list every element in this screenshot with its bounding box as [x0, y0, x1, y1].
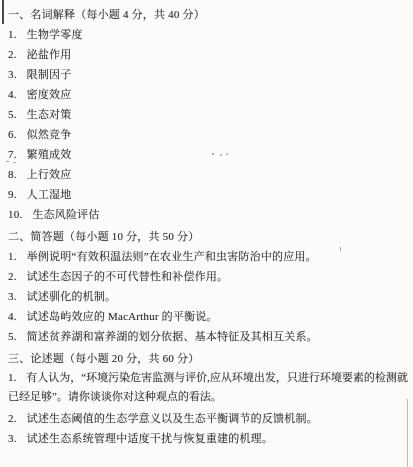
- question-item: 1.生物学零度: [8, 25, 409, 45]
- section-heading: 二、简答题（每小题 10 分，共 50 分）: [8, 227, 409, 247]
- question-text: 试述岛屿效应的 MacArthur 的平衡说。: [27, 311, 218, 323]
- question-text: 试述生态阈值的生态学意义以及生态平衡调节的反馈机制。: [27, 413, 318, 425]
- question-number: 1.: [8, 29, 17, 41]
- scan-speck: [340, 247, 341, 251]
- question-number: 8.: [8, 169, 17, 181]
- question-item: 10.生态风险评估: [8, 205, 409, 225]
- question-number: 2.: [8, 271, 17, 283]
- question-text: 生态风险评估: [32, 209, 99, 221]
- question-number: 3.: [8, 291, 17, 303]
- scan-speck: [212, 153, 214, 155]
- scan-edge-artifact-left: [2, 0, 4, 24]
- question-item: 2.试述生态因子的不可代替性和补偿作用。: [8, 267, 409, 287]
- question-number: 1.: [8, 372, 16, 384]
- question-number: 9.: [8, 189, 17, 201]
- question-item: 5.简述贫养湖和富养湖的划分依据、基本特征及其相互关系。: [8, 327, 409, 347]
- question-item: 6.似然竞争: [8, 125, 409, 145]
- question-item: 9.人工湿地: [8, 185, 409, 205]
- question-text: 生物学零度: [27, 29, 83, 41]
- question-item: 7.繁殖成效: [8, 145, 409, 165]
- question-text: 限制因子: [27, 69, 72, 81]
- section-definitions: 一、名词解释（每小题 4 分，共 40 分） 1.生物学零度 2.泌盐作用 3.…: [8, 5, 409, 225]
- question-number: 1.: [8, 251, 17, 263]
- question-text: 有人认为，“环境污染危害监测与评价,应从环境出发，只进行环境要素的检测就已经足够…: [8, 372, 408, 403]
- scan-edge-artifact-right: [407, 399, 408, 467]
- question-text: 似然竞争: [27, 129, 72, 141]
- question-item: 4.试述岛屿效应的 MacArthur 的平衡说。: [8, 307, 409, 327]
- question-number: 4.: [8, 311, 17, 323]
- question-text: 试述生态系统管理中适度干扰与恢复重建的机理。: [27, 433, 273, 445]
- question-item: 1.有人认为，“环境污染危害监测与评价,应从环境出发，只进行环境要素的检测就已经…: [8, 369, 409, 407]
- question-number: 10.: [8, 209, 22, 221]
- question-number: 7.: [8, 149, 17, 161]
- question-item: 2.试述生态阈值的生态学意义以及生态平衡调节的反馈机制。: [8, 409, 409, 429]
- question-text: 繁殖成效: [27, 149, 72, 161]
- question-text: 生态对策: [27, 109, 72, 121]
- question-item: 8.上行效应: [8, 165, 409, 185]
- question-text: 泌盐作用: [27, 49, 72, 61]
- question-text: 简述贫养湖和富养湖的划分依据、基本特征及其相互关系。: [27, 331, 318, 343]
- question-number: 3.: [8, 433, 17, 445]
- section-essay: 三、论述题（每小题 20 分，共 60 分） 1.有人认为，“环境污染危害监测与…: [8, 349, 409, 449]
- question-item: 3.试述驯化的机制。: [8, 287, 409, 307]
- question-text: 试述驯化的机制。: [27, 291, 117, 303]
- section-heading: 一、名词解释（每小题 4 分，共 40 分）: [8, 5, 409, 25]
- question-text: 密度效应: [27, 89, 72, 101]
- question-item: 3.限制因子: [8, 65, 409, 85]
- question-text: 上行效应: [27, 169, 72, 181]
- question-item: 3.试述生态系统管理中适度干扰与恢复重建的机理。: [8, 429, 409, 449]
- question-item: 5.生态对策: [8, 105, 409, 125]
- question-number: 5.: [8, 109, 17, 121]
- question-number: 3.: [8, 69, 17, 81]
- section-short-answer: 二、简答题（每小题 10 分，共 50 分） 1.举例说明“有效积温法则”在农业…: [8, 227, 409, 347]
- question-number: 2.: [8, 49, 17, 61]
- question-number: 6.: [8, 129, 17, 141]
- section-heading: 三、论述题（每小题 20 分，共 60 分）: [8, 349, 409, 369]
- question-text: 人工湿地: [27, 189, 72, 201]
- question-number: 2.: [8, 413, 17, 425]
- question-item: 4.密度效应: [8, 85, 409, 105]
- question-text: 试述生态因子的不可代替性和补偿作用。: [27, 271, 229, 283]
- question-text: 举例说明“有效积温法则”在农业生产和虫害防治中的应用。: [27, 251, 317, 263]
- question-item: 2.泌盐作用: [8, 45, 409, 65]
- question-item: 1.举例说明“有效积温法则”在农业生产和虫害防治中的应用。: [8, 247, 409, 267]
- question-number: 4.: [8, 89, 17, 101]
- question-number: 5.: [8, 331, 17, 343]
- exam-page: 一、名词解释（每小题 4 分，共 40 分） 1.生物学零度 2.泌盐作用 3.…: [0, 0, 413, 467]
- scan-speck: [6, 161, 9, 162]
